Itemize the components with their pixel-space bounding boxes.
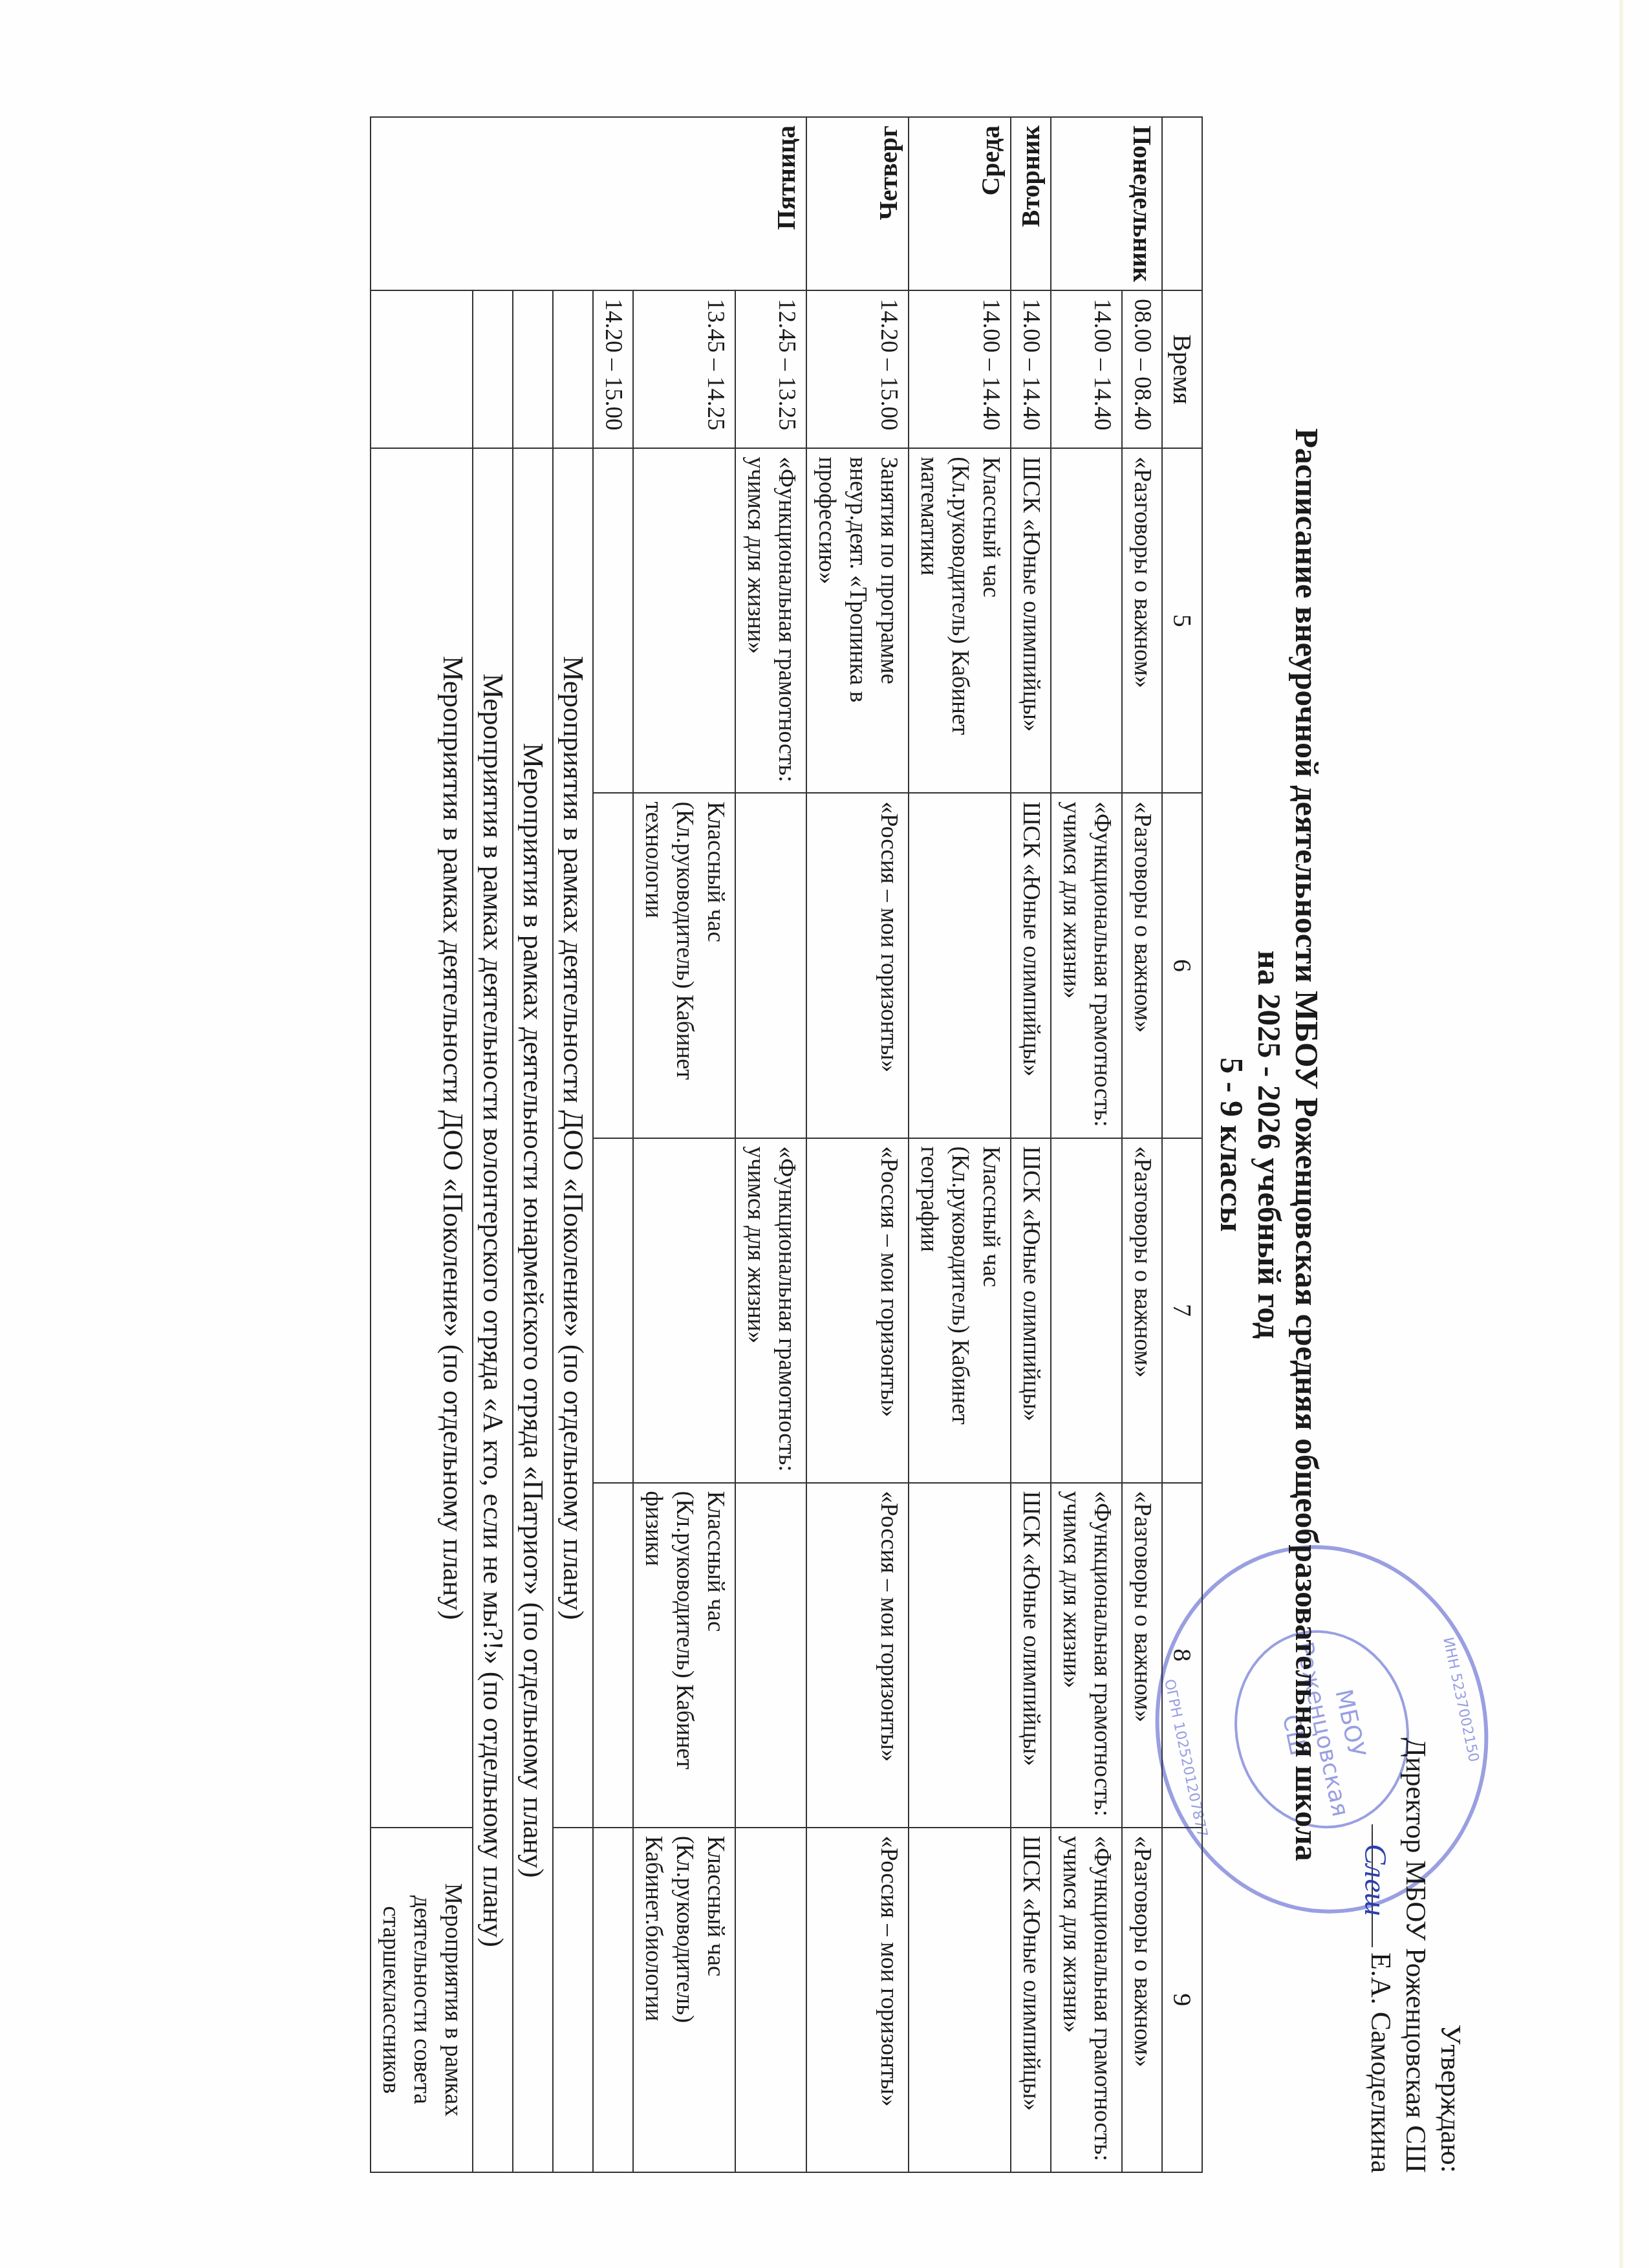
- time-slot: 14.00 – 14.40: [909, 290, 1011, 448]
- activity-cell-grade-8: [735, 1483, 806, 1828]
- activity-cell-grade-6: «Разговоры о важном»: [1122, 793, 1162, 1138]
- approval-signature-line: СлешЕ.А. Самоделкина: [1363, 1738, 1398, 2173]
- activity-cell-grade-8: Классный час (Кл.руководитель) Кабинет ф…: [633, 1483, 735, 1828]
- activity-cell-grade-9: Классный час (Кл.руководитель) Кабинет.б…: [633, 1828, 735, 2172]
- header-day: [1162, 117, 1202, 290]
- footer-time-blank: [371, 290, 473, 448]
- time-slot: 08.00 – 08.40: [1122, 290, 1162, 448]
- activity-cell-grade-5: [1051, 448, 1122, 793]
- table-row: 13.45 – 14.25Классный час (Кл.руководите…: [633, 117, 735, 2172]
- table-row: Понедельник08.00 – 08.40«Разговоры о важ…: [1122, 117, 1162, 2172]
- time-slot: 12.45 – 13.25: [735, 290, 806, 448]
- activity-cell-grade-7: «Разговоры о важном»: [1122, 1138, 1162, 1483]
- title-line-3: 5 - 9 классы: [1213, 91, 1251, 2199]
- title-line-1: Расписание внеурочной деятельности МБОУ …: [1288, 91, 1326, 2199]
- activity-cell-grade-5: Занятия по программе внеур.деят. «Тропин…: [806, 448, 909, 793]
- activity-cell-grade-8: «Функциональная грамотность: учимся для …: [1051, 1483, 1122, 1828]
- activity-cell-grade-8: [593, 1483, 633, 1828]
- day-label-friday: Пятница: [371, 117, 806, 290]
- activity-cell-grade-5: Классный час (Кл.руководитель) Кабинет м…: [909, 448, 1011, 793]
- scanned-page: ИНН 5237002150 МБОУ Роженцовская СШ ОГРН…: [0, 0, 1649, 2268]
- activity-cell-grade-5: [633, 448, 735, 793]
- header-grade-8: 8: [1162, 1483, 1202, 1828]
- activity-cell-grade-7: [633, 1138, 735, 1483]
- footer-time-blank: [513, 290, 553, 448]
- activity-cell-grade-8: «Разговоры о важном»: [1122, 1483, 1162, 1828]
- document-title: Расписание внеурочной деятельности МБОУ …: [1213, 91, 1326, 2199]
- table-row: 14.20 – 15.00: [593, 117, 633, 2172]
- day-label-thursday: Четверг: [806, 117, 909, 290]
- table-row: 14.00 – 14.40«Функциональная грамотность…: [1051, 117, 1122, 2172]
- table-row: Четверг14.20 – 15.00Занятия по программе…: [806, 117, 909, 2172]
- footer-activity: Мероприятия в рамках деятельности ДОО «П…: [371, 448, 473, 1827]
- activity-cell-grade-6: [909, 793, 1011, 1138]
- activity-cell-grade-7: ШСК «Юные олимпийцы»: [1011, 1138, 1051, 1483]
- approval-block: Утверждаю: Директор МБОУ Роженцовская СШ…: [1363, 1738, 1468, 2173]
- activity-cell-grade-6: «Россия – мои горизонты»: [806, 793, 909, 1138]
- time-slot: 14.00 – 14.40: [1051, 290, 1122, 448]
- page-edge: [1619, 0, 1623, 2268]
- time-slot: 14.00 – 14.40: [1011, 290, 1051, 448]
- signature-scrawl: Слеш: [1357, 1844, 1392, 1916]
- header-grade-6: 6: [1162, 793, 1202, 1138]
- time-slot: 13.45 – 14.25: [633, 290, 735, 448]
- activity-cell-grade-5: «Разговоры о важном»: [1122, 448, 1162, 793]
- header-grade-7: 7: [1162, 1138, 1202, 1483]
- day-name: Вторник: [1015, 125, 1046, 227]
- activity-cell-grade-7: [1051, 1138, 1122, 1483]
- table-row: Пятница12.45 – 13.25«Функциональная грам…: [735, 117, 806, 2172]
- activity-cell-grade-7: «Функциональная грамотность: учимся для …: [735, 1138, 806, 1483]
- approval-label: Утверждаю:: [1433, 1738, 1468, 2173]
- activity-cell-grade-5: ШСК «Юные олимпийцы»: [1011, 448, 1051, 793]
- time-slot: 14.20 – 15.00: [593, 290, 633, 448]
- activity-cell-grade-6: «Функциональная грамотность: учимся для …: [1051, 793, 1122, 1138]
- activity-cell-grade-6: [735, 793, 806, 1138]
- table-header-row: Время 5 6 7 8 9: [1162, 117, 1202, 2172]
- header-grade-5: 5: [1162, 448, 1202, 793]
- rotated-sheet: ИНН 5237002150 МБОУ Роженцовская СШ ОГРН…: [168, 91, 1449, 2199]
- empty-cell: [553, 1828, 593, 2172]
- activity-cell-grade-6: ШСК «Юные олимпийцы»: [1011, 793, 1051, 1138]
- activity-cell-grade-6: [593, 793, 633, 1138]
- time-slot: 14.20 – 15.00: [806, 290, 909, 448]
- footer-row: Мероприятия в рамках деятельности ДОО «П…: [371, 117, 473, 2172]
- day-name: Четверг: [873, 125, 904, 221]
- activity-cell-grade-9: «Россия – мои горизонты»: [806, 1828, 909, 2172]
- activity-cell-grade-7: Классный час (Кл.руководитель) Кабинет г…: [909, 1138, 1011, 1483]
- footer-row: Мероприятия в рамках деятельности юнарме…: [513, 117, 553, 2172]
- activity-cell-grade-5: «Функциональная грамотность: учимся для …: [735, 448, 806, 793]
- activity-cell-grade-5: [593, 448, 633, 793]
- activity-cell-grade-8: ШСК «Юные олимпийцы»: [1011, 1483, 1051, 1828]
- activity-cell-grade-7: «Россия – мои горизонты»: [806, 1138, 909, 1483]
- activity-cell-grade-7: [593, 1138, 633, 1483]
- day-label-monday: Понедельник: [1051, 117, 1162, 290]
- footer-activity: Мероприятия в рамках деятельности юнарме…: [513, 448, 553, 2172]
- schedule-table: Время 5 6 7 8 9 Понедельник08.00 – 08.40…: [370, 116, 1203, 2173]
- activity-cell-grade-9: ШСК «Юные олимпийцы»: [1011, 1828, 1051, 2172]
- day-label-wednesday: Среда: [909, 117, 1011, 290]
- day-label-tuesday: Вторник: [1011, 117, 1051, 290]
- activity-cell-grade-8: «Россия – мои горизонты»: [806, 1483, 909, 1828]
- approval-position: Директор МБОУ Роженцовская СШ: [1398, 1738, 1433, 2173]
- approval-signatory: Е.А. Самоделкина: [1365, 1952, 1397, 2173]
- header-grade-9: 9: [1162, 1828, 1202, 2172]
- day-name: Пятница: [771, 125, 802, 230]
- table-row: Среда14.00 – 14.40Классный час (Кл.руков…: [909, 117, 1011, 2172]
- activity-cell-grade-9: [735, 1828, 806, 2172]
- activity-cell-grade-9: [593, 1828, 633, 2172]
- activity-cell-grade-9: [909, 1828, 1011, 2172]
- signature-field: Слеш: [1372, 1824, 1373, 1947]
- schedule-body: Понедельник08.00 – 08.40«Разговоры о важ…: [371, 117, 1162, 2172]
- footer-activity: Мероприятия в рамках деятельности волонт…: [473, 448, 513, 2172]
- activity-cell-grade-9: «Функциональная грамотность: учимся для …: [1051, 1828, 1122, 2172]
- day-name: Среда: [975, 125, 1006, 196]
- activity-cell-grade-8: [909, 1483, 1011, 1828]
- header-time: Время: [1162, 290, 1202, 448]
- activity-cell-grade-6: Классный час (Кл.руководитель) Кабинет т…: [633, 793, 735, 1138]
- footer-row: Мероприятия в рамках деятельности ДОО «П…: [553, 117, 593, 2172]
- footer-time-blank: [473, 290, 513, 448]
- footer-time-blank: [553, 290, 593, 448]
- footer-activity: Мероприятия в рамках деятельности ДОО «П…: [553, 448, 593, 1827]
- activity-cell-grade-9: «Разговоры о важном»: [1122, 1828, 1162, 2172]
- day-name: Понедельник: [1128, 125, 1157, 282]
- footer-row: Мероприятия в рамках деятельности волонт…: [473, 117, 513, 2172]
- table-row: Вторник14.00 – 14.40ШСК «Юные олимпийцы»…: [1011, 117, 1051, 2172]
- title-line-2: на 2025 - 2026 учебный год: [1251, 91, 1288, 2199]
- side-note-cell: Мероприятия в рамках деятельности совета…: [371, 1828, 473, 2172]
